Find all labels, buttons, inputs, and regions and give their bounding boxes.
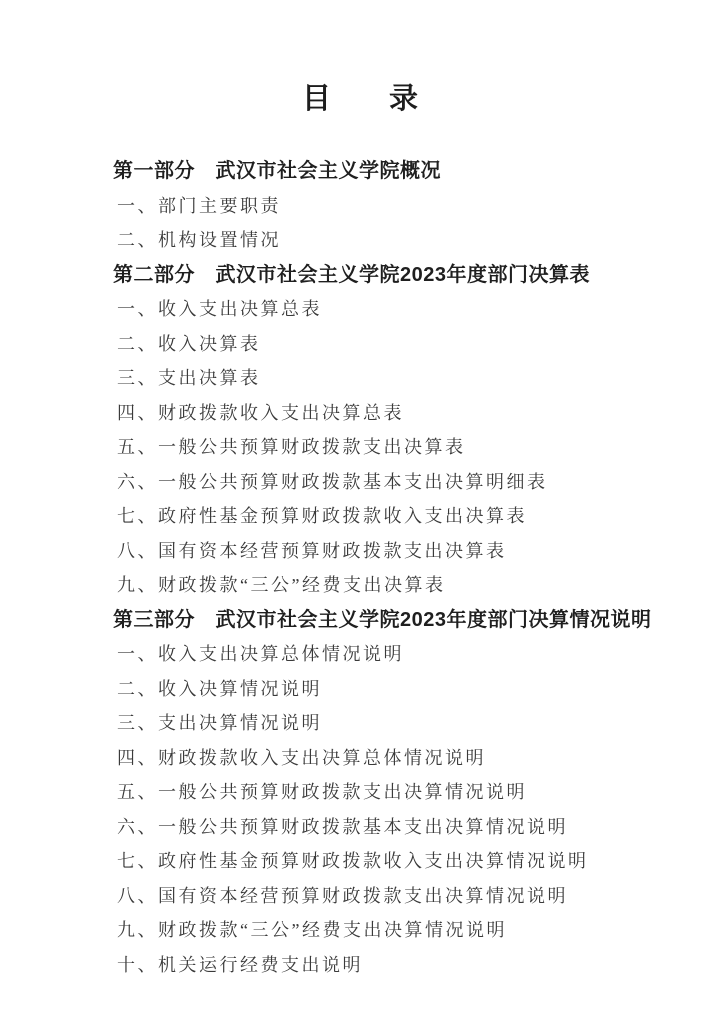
section-part-2: 第二部分 武汉市社会主义学院2023年度部门决算表 一、收入支出决算总表 二、收… [113, 258, 650, 603]
toc-entry: 九、财政拨款“三公”经费支出决算情况说明 [113, 913, 650, 948]
toc-entry: 一、收入支出决算总表 [113, 292, 650, 327]
toc-entry: 六、一般公共预算财政拨款基本支出决算情况说明 [113, 810, 650, 845]
toc-entry: 九、财政拨款“三公”经费支出决算表 [113, 568, 650, 603]
toc-entry: 八、国有资本经营预算财政拨款支出决算情况说明 [113, 879, 650, 914]
toc-entry: 十、机关运行经费支出说明 [113, 948, 650, 983]
toc-title: 目 录 [0, 0, 720, 115]
section-part-3: 第三部分 武汉市社会主义学院2023年度部门决算情况说明 一、收入支出决算总体情… [113, 603, 650, 983]
toc-entry: 四、财政拨款收入支出决算总表 [113, 396, 650, 431]
toc-entry: 一、收入支出决算总体情况说明 [113, 637, 650, 672]
toc-entry: 二、机构设置情况 [113, 223, 650, 258]
toc-entry: 四、财政拨款收入支出决算总体情况说明 [113, 741, 650, 776]
section-2-heading: 第二部分 武汉市社会主义学院2023年度部门决算表 [113, 258, 650, 293]
toc-entry: 二、收入决算表 [113, 327, 650, 362]
toc-content: 第一部分 武汉市社会主义学院概况 一、部门主要职责 二、机构设置情况 第二部分 … [0, 115, 720, 982]
section-1-heading: 第一部分 武汉市社会主义学院概况 [113, 154, 650, 189]
toc-entry: 三、支出决算表 [113, 361, 650, 396]
document-page: 目 录 第一部分 武汉市社会主义学院概况 一、部门主要职责 二、机构设置情况 第… [0, 0, 720, 1019]
section-part-1: 第一部分 武汉市社会主义学院概况 一、部门主要职责 二、机构设置情况 [113, 154, 650, 258]
toc-entry: 一、部门主要职责 [113, 189, 650, 224]
toc-entry: 七、政府性基金预算财政拨款收入支出决算情况说明 [113, 844, 650, 879]
toc-entry: 二、收入决算情况说明 [113, 672, 650, 707]
section-3-heading: 第三部分 武汉市社会主义学院2023年度部门决算情况说明 [113, 603, 650, 638]
toc-entry: 六、一般公共预算财政拨款基本支出决算明细表 [113, 465, 650, 500]
toc-entry: 七、政府性基金预算财政拨款收入支出决算表 [113, 499, 650, 534]
toc-entry: 三、支出决算情况说明 [113, 706, 650, 741]
toc-entry: 八、国有资本经营预算财政拨款支出决算表 [113, 534, 650, 569]
toc-entry: 五、一般公共预算财政拨款支出决算表 [113, 430, 650, 465]
toc-entry: 五、一般公共预算财政拨款支出决算情况说明 [113, 775, 650, 810]
